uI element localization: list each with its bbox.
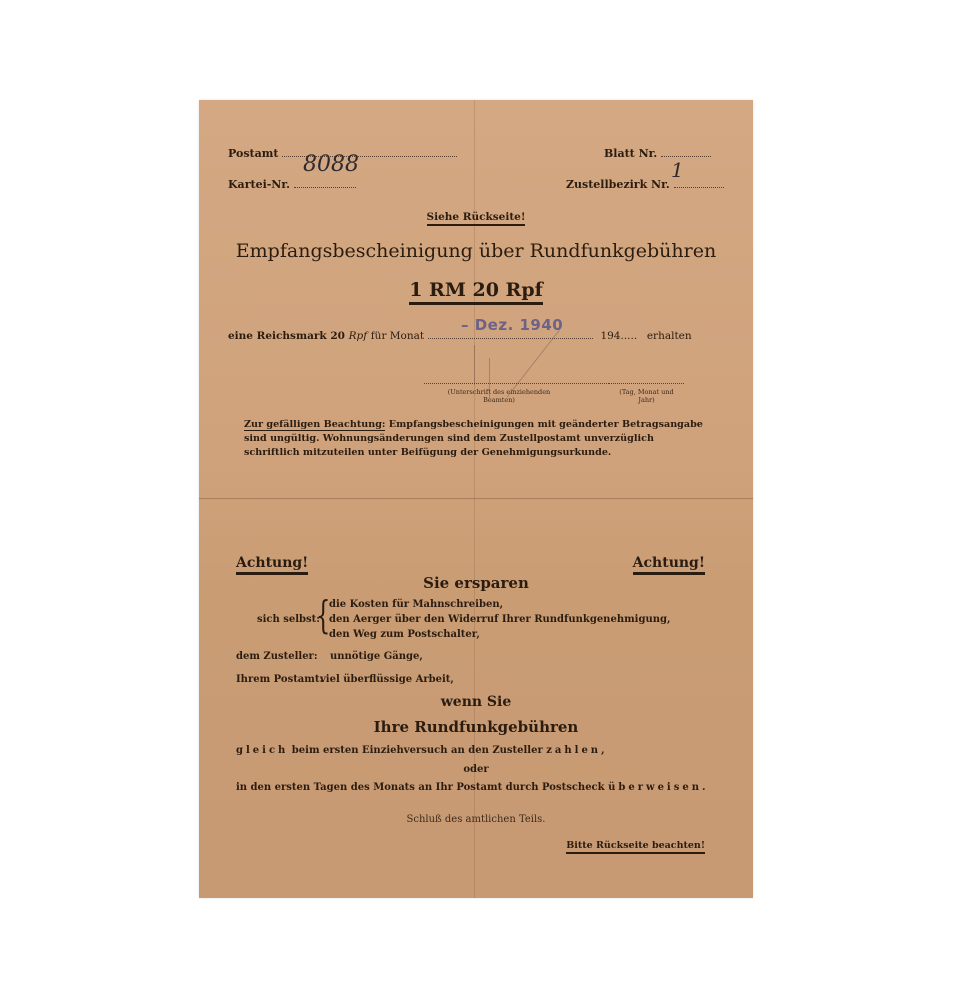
postamt-label-lower: Ihrem Postamt: <box>236 674 323 685</box>
achtung-right: Achtung! <box>633 555 705 575</box>
date-line <box>609 383 684 384</box>
amount-wrap: 1 RM 20 Rpf <box>199 279 753 301</box>
wenn-sie: wenn Sie <box>199 694 753 710</box>
receipt-document: Postamt Kartei-Nr. 8088 Blatt Nr. Zustel… <box>199 100 753 898</box>
schluss-amtlicher-teil: Schluß des amtlichen Teils. <box>199 814 753 825</box>
sich-selbst-label: sich selbst: <box>257 614 320 625</box>
beachtung-label: Zur gefälligen Beachtung: <box>244 419 385 431</box>
achtung-left: Achtung! <box>236 555 308 575</box>
payment-line-1: gleich beim ersten Einziehversuch an den… <box>236 745 608 756</box>
receipt-prefix: eine Reichsmark 20 <box>228 330 345 342</box>
zusteller-text: unnötige Gänge, <box>330 651 423 662</box>
line2-text: in den ersten Tagen des Monats an Ihr Po… <box>236 782 608 793</box>
payment-line-2: in den ersten Tagen des Monats an Ihr Po… <box>236 782 708 793</box>
ihre-rundfunkgebuehren: Ihre Rundfunkgebühren <box>199 718 753 736</box>
postamt-label: Postamt <box>228 147 278 160</box>
receipt-line: eine Reichsmark 20 Rpf für Monat 194....… <box>228 328 692 342</box>
zustellbezirk-field: Zustellbezirk Nr. <box>566 177 724 191</box>
kartei-dotted-line <box>294 177 356 188</box>
line1-text: beim ersten Einziehversuch an den Zustel… <box>288 745 546 756</box>
year-prefix: 194 <box>600 330 620 342</box>
signature-caption: (Unterschrift des einziehenden Beamten) <box>439 388 559 404</box>
year-dots: ..... <box>620 330 637 342</box>
rpf-abbrev: Rpf <box>349 330 368 342</box>
postamt-text-lower: viel überflüssige Arbeit, <box>320 674 454 685</box>
siehe-rueckseite-wrap: Siehe Rückseite! <box>199 205 753 224</box>
zusteller-label: dem Zusteller: <box>236 651 318 662</box>
bitte-rueckseite-beachten: Bitte Rückseite beachten! <box>566 840 705 854</box>
beachtung-note: Zur gefälligen Beachtung: Empfangsbesche… <box>244 418 712 460</box>
date-caption: (Tag, Monat und Jahr) <box>619 388 674 404</box>
zustellbezirk-label: Zustellbezirk Nr. <box>566 178 670 191</box>
zustellbezirk-handwritten-value: 1 <box>671 158 684 182</box>
blatt-field: Blatt Nr. <box>604 146 711 160</box>
siehe-rueckseite-note: Siehe Rückseite! <box>427 211 526 226</box>
sie-ersparen: Sie ersparen <box>199 574 753 592</box>
month-stamp: – Dez. 1940 <box>461 316 563 334</box>
sich-selbst-item: den Aerger über den Widerruf Ihrer Rundf… <box>329 614 670 625</box>
kartei-field: Kartei-Nr. <box>228 177 356 191</box>
erhalten: erhalten <box>647 330 692 342</box>
document-title: Empfangsbescheinigung über Rundfunkgebüh… <box>199 240 753 262</box>
fuer-monat: für Monat <box>371 330 424 342</box>
kartei-label: Kartei-Nr. <box>228 178 290 191</box>
sich-selbst-item: die Kosten für Mahnschreiben, <box>329 599 503 610</box>
kartei-handwritten-value: 8088 <box>303 152 359 177</box>
sich-selbst-item: den Weg zum Postschalter, <box>329 629 480 640</box>
pencil-mark <box>474 345 475 385</box>
blatt-label: Blatt Nr. <box>604 147 657 160</box>
emph-zahlen: zahlen, <box>546 745 607 756</box>
oder: oder <box>199 764 753 775</box>
amount: 1 RM 20 Rpf <box>409 279 543 305</box>
pencil-mark <box>489 358 490 398</box>
blatt-dotted-line <box>661 146 711 157</box>
fold-line-horizontal <box>199 498 753 500</box>
emph-gleich: gleich <box>236 745 288 756</box>
emph-ueberweisen: überweisen. <box>608 782 708 793</box>
